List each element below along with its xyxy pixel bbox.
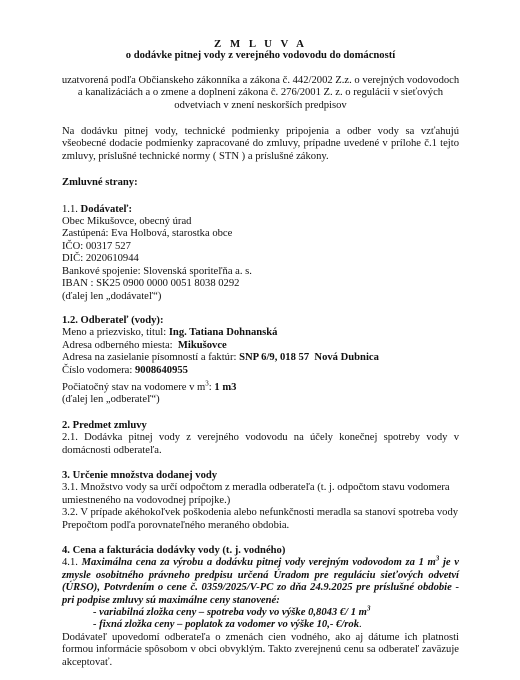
supplier-number: 1.1.: [62, 204, 78, 215]
customer-name-label: Meno a priezvisko, titul:: [62, 327, 169, 338]
customer-meter-value: 9008640955: [135, 365, 188, 376]
document-subtitle: o dodávke pitnej vody z verejného vodovo…: [62, 50, 459, 62]
supplier-block: 1.1. Dodávateľ: Obec Mikušovce, obecný ú…: [62, 204, 459, 303]
supplier-heading: 1.1. Dodávateľ:: [62, 204, 459, 216]
customer-initial-label: Počiatočný stav na vodomere v m: [62, 382, 205, 393]
section-4-number: 4.1.: [62, 557, 82, 568]
customer-initial-value: 1 m3: [214, 382, 236, 393]
section-4-p1-text: Maximálna cena za výrobu a dodávku pitne…: [82, 557, 436, 568]
section-2-text: 2.1. Dodávka pitnej vody z verejného vod…: [62, 432, 459, 457]
customer-meter-label: Číslo vodomera:: [62, 365, 135, 376]
contract-page: Z M L U V A o dodávke pitnej vody z vere…: [62, 38, 459, 669]
section-2: 2. Predmet zmluvy 2.1. Dodávka pitnej vo…: [62, 420, 459, 457]
customer-site-value: Mikušovce: [178, 340, 227, 351]
document-title: Z M L U V A: [62, 38, 459, 50]
section-2-heading: 2. Predmet zmluvy: [62, 420, 459, 432]
legal-basis: uzatvorená podľa Občianskeho zákonníka a…: [56, 75, 465, 112]
supplier-line: IBAN : SK25 0900 0000 0051 8038 0292: [62, 278, 459, 290]
customer-mail-label: Adresa na zasielanie písomností a faktúr…: [62, 352, 239, 363]
customer-name-line: Meno a priezvisko, titul: Ing. Tatiana D…: [62, 327, 459, 339]
period: .: [359, 619, 362, 630]
supplier-line: Zastúpená: Eva Holbová, starostka obce: [62, 228, 459, 240]
supplier-line: Obec Mikušovce, obecný úrad: [62, 216, 459, 228]
supplier-heading-label: Dodávateľ:: [81, 204, 132, 215]
unit-superscript: 3: [367, 605, 371, 613]
supplier-line: IČO: 00317 527: [62, 241, 459, 253]
customer-name-value: Ing. Tatiana Dohnanská: [169, 327, 278, 338]
price-variable: - variabilná zložka ceny – spotreba vody…: [62, 607, 459, 619]
customer-alias: (ďalej len „odberateľ“): [62, 394, 459, 406]
section-3: 3. Určenie množstva dodanej vody 3.1. Mn…: [62, 470, 459, 532]
customer-heading: 1.2. Odberateľ (vody):: [62, 315, 459, 327]
section-4: 4. Cena a fakturácia dodávky vody (t. j.…: [62, 545, 459, 669]
section-3-p2: 3.2. V prípade akéhokoľvek poškodenia al…: [62, 507, 459, 532]
customer-mail-line: Adresa na zasielanie písomností a faktúr…: [62, 352, 459, 364]
section-4-heading: 4. Cena a fakturácia dodávky vody (t. j.…: [62, 545, 459, 557]
section-4-p2: Dodávateľ upovedomí odberateľa o zmenách…: [62, 632, 459, 669]
customer-meter-line: Číslo vodomera: 9008640955: [62, 365, 459, 377]
price-fixed: - fixná zložka ceny – poplatok za vodome…: [62, 619, 459, 631]
supplier-line: Bankové spojenie: Slovenská sporiteľňa a…: [62, 266, 459, 278]
section-3-heading: 3. Určenie množstva dodanej vody: [62, 470, 459, 482]
price-variable-text: - variabilná zložka ceny – spotreba vody…: [93, 607, 367, 618]
section-3-p1: 3.1. Množstvo vody sa určí odpočtom z me…: [62, 482, 459, 507]
intro-paragraph: Na dodávku pitnej vody, technické podmie…: [62, 126, 459, 163]
parties-heading: Zmluvné strany:: [62, 177, 459, 189]
customer-initial-line: Počiatočný stav na vodomere v m3: 1 m3: [62, 382, 459, 394]
supplier-line: (ďalej len „dodávateľ“): [62, 291, 459, 303]
section-4-p1: 4.1. Maximálna cena za výrobu a dodávku …: [62, 557, 459, 607]
price-fixed-text: - fixná zložka ceny – poplatok za vodome…: [93, 619, 359, 630]
legal-basis-line: odvetviach v znení neskorších predpisov: [56, 100, 465, 112]
customer-site-line: Adresa odberného miesta: Mikušovce: [62, 340, 459, 352]
legal-basis-line: uzatvorená podľa Občianskeho zákonníka a…: [56, 75, 465, 87]
customer-block: 1.2. Odberateľ (vody): Meno a priezvisko…: [62, 315, 459, 407]
customer-site-label: Adresa odberného miesta:: [62, 340, 178, 351]
supplier-line: DIČ: 2020610944: [62, 253, 459, 265]
legal-basis-line: a kanalizáciách a o zmene a doplnení zák…: [56, 87, 465, 99]
customer-mail-value: SNP 6/9, 018 57 Nová Dubnica: [239, 352, 379, 363]
